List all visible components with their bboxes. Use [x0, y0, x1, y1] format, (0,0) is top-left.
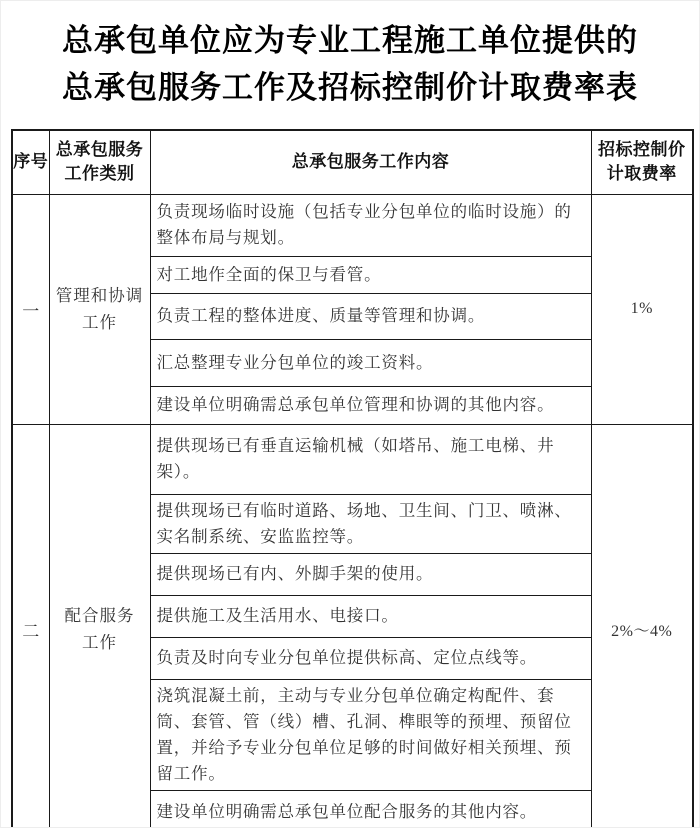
- document-page: 总承包单位应为专业工程施工单位提供的 总承包服务工作及招标控制价计取费率表 序号…: [0, 0, 700, 828]
- header-service-category: 总承包服务 工作类别: [49, 130, 150, 194]
- header-serial: 序号: [12, 130, 49, 194]
- group2-category: 配合服务 工作: [49, 424, 150, 828]
- table-header-row: 序号 总承包服务 工作类别 总承包服务工作内容 招标控制价 计取费率: [12, 130, 693, 194]
- group2-item-3: 提供现场已有内、外脚手架的使用。: [150, 553, 591, 595]
- group2-item-5: 负责及时向专业分包单位提供标高、定位点线等。: [150, 637, 591, 679]
- group2-item-1: 提供现场已有垂直运输机械（如塔吊、施工电梯、井架）。: [150, 424, 591, 494]
- header-control-price-rate: 招标控制价 计取费率: [591, 130, 693, 194]
- group1-serial: 一: [12, 194, 49, 424]
- page-title: 总承包单位应为专业工程施工单位提供的 总承包服务工作及招标控制价计取费率表: [1, 17, 699, 111]
- group1-rate: 1%: [591, 194, 693, 424]
- group1-category: 管理和协调 工作: [49, 194, 150, 424]
- group1-item-2: 对工地作全面的保卫与看管。: [150, 256, 591, 293]
- group2-item-6: 浇筑混凝土前，主动与专业分包单位确定构配件、套筒、套管、管（线）槽、孔洞、榫眼等…: [150, 679, 591, 790]
- title-line-1: 总承包单位应为专业工程施工单位提供的: [1, 17, 699, 64]
- header-service-content: 总承包服务工作内容: [150, 130, 591, 194]
- group2-rate: 2%～4%: [591, 424, 693, 828]
- group2-serial: 二: [12, 424, 49, 828]
- group1-item-1: 负责现场临时设施（包括专业分包单位的临时设施）的整体布局与规划。: [150, 194, 591, 256]
- title-line-2: 总承包服务工作及招标控制价计取费率表: [1, 64, 699, 111]
- table-row: 二 配合服务 工作 提供现场已有垂直运输机械（如塔吊、施工电梯、井架）。 2%～…: [12, 424, 693, 494]
- table-row: 一 管理和协调 工作 负责现场临时设施（包括专业分包单位的临时设施）的整体布局与…: [12, 194, 693, 256]
- group1-item-5: 建设单位明确需总承包单位管理和协调的其他内容。: [150, 386, 591, 424]
- group2-item-2: 提供现场已有临时道路、场地、卫生间、门卫、喷淋、实名制系统、安监监控等。: [150, 494, 591, 553]
- group1-item-4: 汇总整理专业分包单位的竣工资料。: [150, 339, 591, 386]
- group2-item-4: 提供施工及生活用水、电接口。: [150, 595, 591, 637]
- fee-rate-table: 序号 总承包服务 工作类别 总承包服务工作内容 招标控制价 计取费率 一 管理和…: [11, 129, 694, 828]
- group1-item-3: 负责工程的整体进度、质量等管理和协调。: [150, 293, 591, 339]
- group2-item-7: 建设单位明确需总承包单位配合服务的其他内容。: [150, 790, 591, 828]
